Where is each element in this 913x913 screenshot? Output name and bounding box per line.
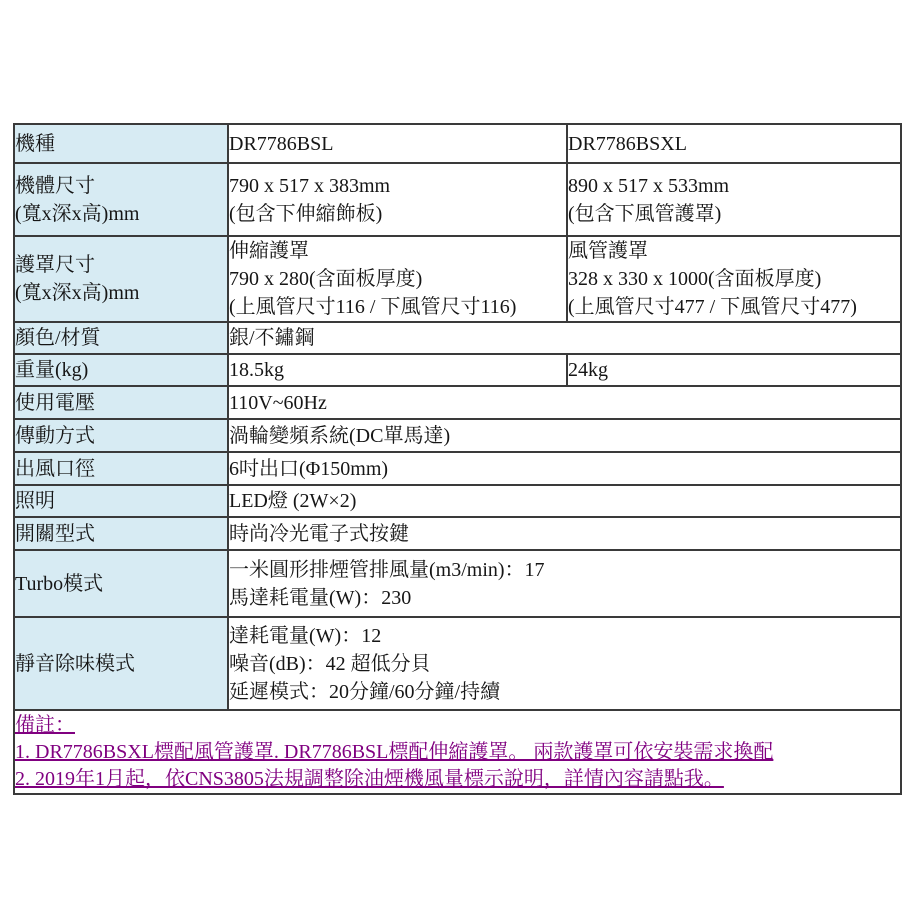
row-drive-system: 傳動方式 渦輪變頻系統(DC單馬達) <box>14 419 901 452</box>
label-weight-text: 重量(kg) <box>15 356 227 384</box>
value-color-material: 銀/不鏽鋼 <box>228 322 901 354</box>
value-body-size-bsxl-text: 890 x 517 x 533mm (包含下風管護罩) <box>568 172 900 228</box>
label-color-material-text: 顏色/材質 <box>15 324 227 352</box>
value-color-material-text: 銀/不鏽鋼 <box>229 324 900 352</box>
row-weight: 重量(kg) 18.5kg 24kg <box>14 354 901 386</box>
value-voltage-text: 110V~60Hz <box>229 389 900 417</box>
label-outlet-diameter: 出風口徑 <box>14 452 228 485</box>
value-weight-bsl-text: 18.5kg <box>229 356 566 384</box>
value-silent-mode-text: 達耗電量(W)：12 噪音(dB)：42 超低分貝 延遲模式：20分鐘/60分鐘… <box>229 622 900 706</box>
value-lighting: LED燈 (2W×2) <box>228 485 901 517</box>
label-body-size-text: 機體尺寸 (寬x深x高)mm <box>15 172 227 228</box>
value-turbo-mode-text: 一米圓形排煙管排風量(m3/min)：17 馬達耗電量(W)：230 <box>229 556 900 612</box>
value-outlet-diameter-text: 6吋出口(Φ150mm) <box>229 455 900 483</box>
row-switch-type: 開關型式 時尚冷光電子式按鍵 <box>14 517 901 550</box>
value-model-bsl-text: DR7786BSL <box>229 130 566 158</box>
label-model: 機種 <box>14 124 228 163</box>
label-cover-size-text: 護罩尺寸 (寬x深x高)mm <box>15 251 227 307</box>
row-cover-size: 護罩尺寸 (寬x深x高)mm 伸縮護罩 790 x 280(含面板厚度) (上風… <box>14 236 901 322</box>
value-voltage: 110V~60Hz <box>228 386 901 419</box>
label-color-material: 顏色/材質 <box>14 322 228 354</box>
label-drive-system-text: 傳動方式 <box>15 422 227 450</box>
value-turbo-mode: 一米圓形排煙管排風量(m3/min)：17 馬達耗電量(W)：230 <box>228 550 901 617</box>
value-cover-size-bsl: 伸縮護罩 790 x 280(含面板厚度) (上風管尺寸116 / 下風管尺寸1… <box>228 236 567 322</box>
value-cover-size-bsxl-text: 風管護罩 328 x 330 x 1000(含面板厚度) (上風管尺寸477 /… <box>568 237 900 321</box>
label-lighting-text: 照明 <box>15 487 227 515</box>
label-drive-system: 傳動方式 <box>14 419 228 452</box>
value-switch-type-text: 時尚冷光電子式按鍵 <box>229 520 900 548</box>
notes-cell: 備註： 1. DR7786BSXL標配風管護罩. DR7786BSL標配伸縮護罩… <box>14 710 901 794</box>
value-outlet-diameter: 6吋出口(Φ150mm) <box>228 452 901 485</box>
note-link-cover-swap[interactable]: 1. DR7786BSXL標配風管護罩. DR7786BSL標配伸縮護罩。 兩款… <box>15 739 900 766</box>
notes-row: 備註： 1. DR7786BSXL標配風管護罩. DR7786BSL標配伸縮護罩… <box>14 710 901 794</box>
value-drive-system-text: 渦輪變頻系統(DC單馬達) <box>229 422 900 450</box>
value-cover-size-bsl-text: 伸縮護罩 790 x 280(含面板厚度) (上風管尺寸116 / 下風管尺寸1… <box>229 237 566 321</box>
spec-sheet: 機種 DR7786BSL DR7786BSXL 機體尺寸 (寬x深x高)mm 7… <box>13 123 902 795</box>
value-switch-type: 時尚冷光電子式按鍵 <box>228 517 901 550</box>
label-weight: 重量(kg) <box>14 354 228 386</box>
label-switch-type: 開關型式 <box>14 517 228 550</box>
row-model: 機種 DR7786BSL DR7786BSXL <box>14 124 901 163</box>
row-outlet-diameter: 出風口徑 6吋出口(Φ150mm) <box>14 452 901 485</box>
notes-heading: 備註： <box>15 712 900 739</box>
value-weight-bsxl: 24kg <box>567 354 901 386</box>
note-link-cns3805-details[interactable]: 2. 2019年1月起，依CNS3805法規調整除油煙機風量標示說明，詳情內容請… <box>15 766 900 793</box>
value-silent-mode: 達耗電量(W)：12 噪音(dB)：42 超低分貝 延遲模式：20分鐘/60分鐘… <box>228 617 901 710</box>
label-silent-mode-text: 靜音除味模式 <box>15 650 227 678</box>
value-body-size-bsxl: 890 x 517 x 533mm (包含下風管護罩) <box>567 163 901 236</box>
value-model-bsxl: DR7786BSXL <box>567 124 901 163</box>
value-weight-bsxl-text: 24kg <box>568 356 900 384</box>
label-voltage-text: 使用電壓 <box>15 389 227 417</box>
value-body-size-bsl: 790 x 517 x 383mm (包含下伸縮飾板) <box>228 163 567 236</box>
value-model-bsl: DR7786BSL <box>228 124 567 163</box>
row-color-material: 顏色/材質 銀/不鏽鋼 <box>14 322 901 354</box>
label-outlet-diameter-text: 出風口徑 <box>15 455 227 483</box>
label-silent-mode: 靜音除味模式 <box>14 617 228 710</box>
row-turbo-mode: Turbo模式 一米圓形排煙管排風量(m3/min)：17 馬達耗電量(W)：2… <box>14 550 901 617</box>
value-model-bsxl-text: DR7786BSXL <box>568 130 900 158</box>
label-switch-type-text: 開關型式 <box>15 520 227 548</box>
label-voltage: 使用電壓 <box>14 386 228 419</box>
value-drive-system: 渦輪變頻系統(DC單馬達) <box>228 419 901 452</box>
value-body-size-bsl-text: 790 x 517 x 383mm (包含下伸縮飾板) <box>229 172 566 228</box>
label-model-text: 機種 <box>15 130 227 158</box>
value-weight-bsl: 18.5kg <box>228 354 567 386</box>
spec-table: 機種 DR7786BSL DR7786BSXL 機體尺寸 (寬x深x高)mm 7… <box>13 123 902 795</box>
value-cover-size-bsxl: 風管護罩 328 x 330 x 1000(含面板厚度) (上風管尺寸477 /… <box>567 236 901 322</box>
label-lighting: 照明 <box>14 485 228 517</box>
label-turbo-mode: Turbo模式 <box>14 550 228 617</box>
value-lighting-text: LED燈 (2W×2) <box>229 487 900 515</box>
row-body-size: 機體尺寸 (寬x深x高)mm 790 x 517 x 383mm (包含下伸縮飾… <box>14 163 901 236</box>
row-lighting: 照明 LED燈 (2W×2) <box>14 485 901 517</box>
row-silent-mode: 靜音除味模式 達耗電量(W)：12 噪音(dB)：42 超低分貝 延遲模式：20… <box>14 617 901 710</box>
row-voltage: 使用電壓 110V~60Hz <box>14 386 901 419</box>
label-body-size: 機體尺寸 (寬x深x高)mm <box>14 163 228 236</box>
label-turbo-mode-text: Turbo模式 <box>15 570 227 598</box>
label-cover-size: 護罩尺寸 (寬x深x高)mm <box>14 236 228 322</box>
